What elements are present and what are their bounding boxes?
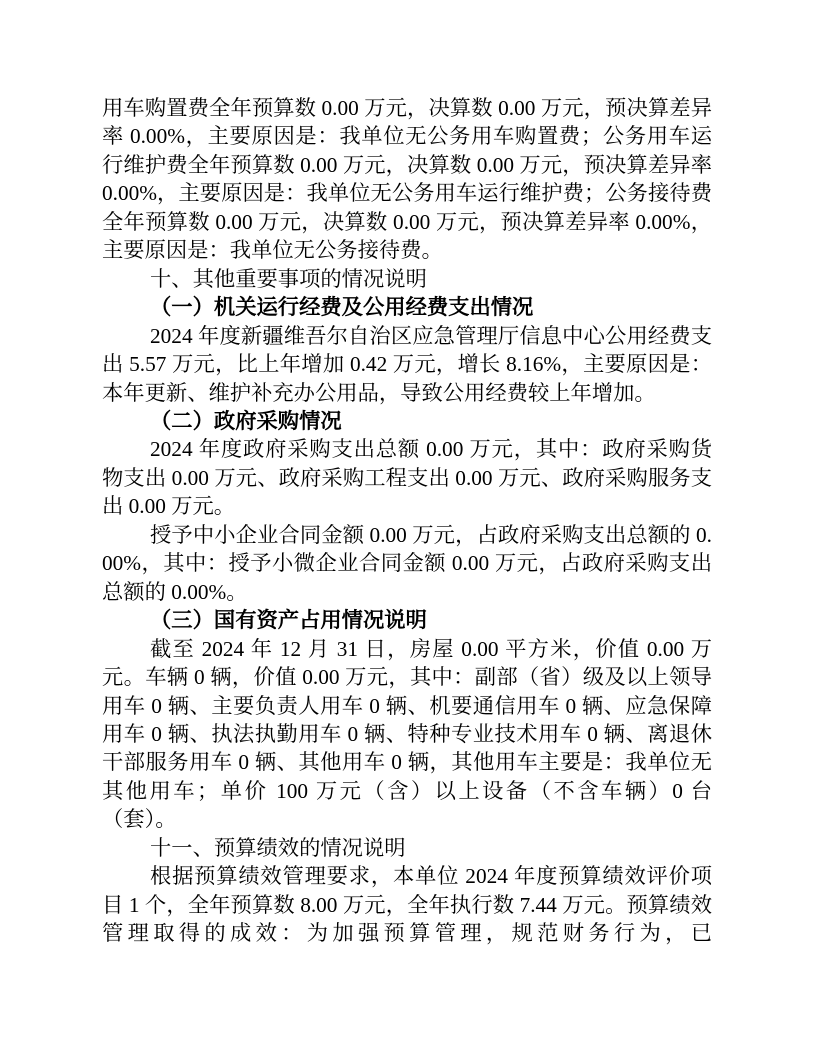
heading-section-ten-other-important-matters: 十、其他重要事项的情况说明 [102, 265, 712, 293]
heading-subsection-three-state-assets: （三）国有资产占用情况说明 [102, 606, 712, 634]
paragraph-state-assets-detail: 截至 2024 年 12 月 31 日，房屋 0.00 平方米，价值 0.00 … [102, 635, 712, 834]
paragraph-operating-expense-detail: 2024 年度新疆维吾尔自治区应急管理厅信息中心公用经费支出 5.57 万元，比… [102, 322, 712, 407]
heading-section-eleven-budget-performance: 十一、预算绩效的情况说明 [102, 834, 712, 862]
document-page: 用车购置费全年预算数 0.00 万元，决算数 0.00 万元，预决算差异率 0.… [0, 0, 816, 1056]
paragraph-budget-performance-detail: 根据预算绩效管理要求，本单位 2024 年度预算绩效评价项目 1 个，全年预算数… [102, 862, 712, 947]
paragraph-procurement-sme-contracts: 授予中小企业合同金额 0.00 万元，占政府采购支出总额的 0.00%，其中：授… [102, 521, 712, 606]
paragraph-procurement-total: 2024 年度政府采购支出总额 0.00 万元，其中：政府采购货物支出 0.00… [102, 435, 712, 520]
heading-subsection-two-government-procurement: （二）政府采购情况 [102, 407, 712, 435]
paragraph-vehicle-expense-continuation: 用车购置费全年预算数 0.00 万元，决算数 0.00 万元，预决算差异率 0.… [102, 94, 712, 265]
heading-subsection-one-operating-expense: （一）机关运行经费及公用经费支出情况 [102, 293, 712, 321]
